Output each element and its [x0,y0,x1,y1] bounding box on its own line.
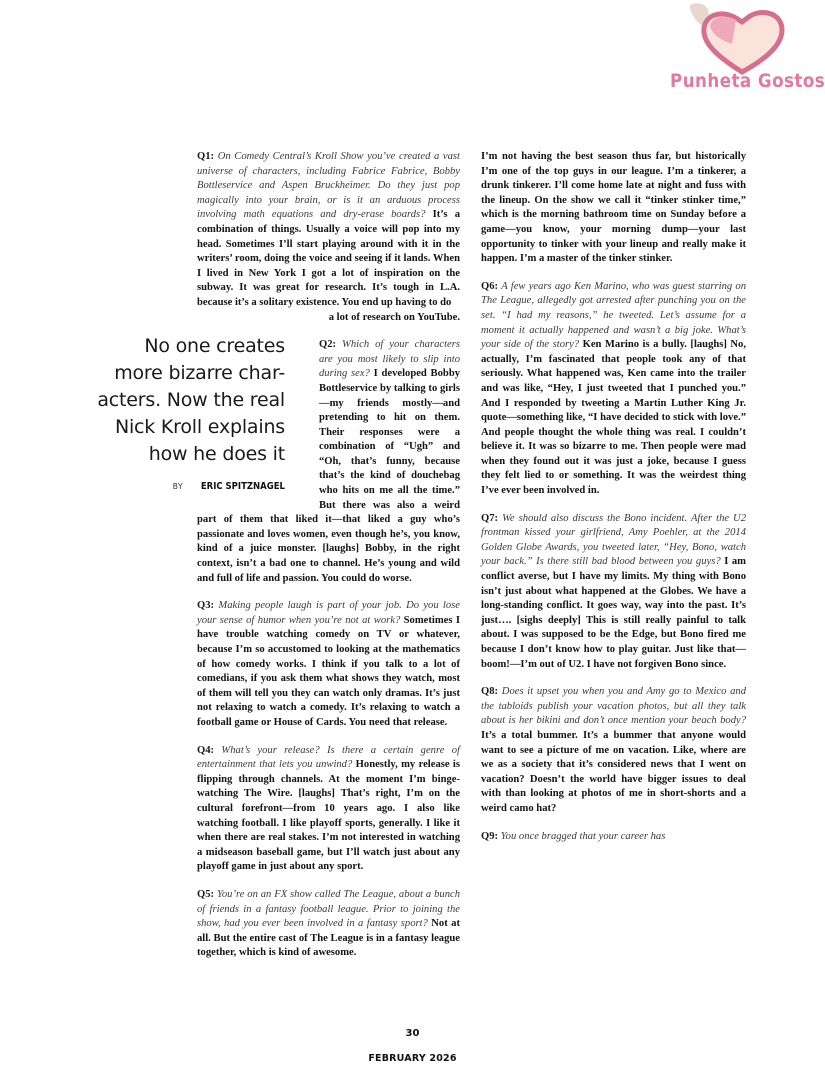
pull-quote-line: acters. Now the real [95,387,285,414]
pull-quote-line: Nick Kroll explains [95,414,285,441]
article-column-left: Q1: On Comedy Central’s Kroll Show you’v… [197,150,460,974]
question-label: Q6: [481,281,498,292]
answer-text: Sometimes I have trouble watching comedy… [197,615,460,728]
question-label: Q7: [481,513,498,524]
question-text: We should also discuss the Bono incident… [481,513,746,568]
answer-text: I am conflict averse, but I have my limi… [481,556,746,669]
byline-author: ERIC SPITZNAGEL [201,481,285,492]
question-label: Q3: [197,600,214,611]
question-text: You once bragged that your career has [501,831,666,842]
answer-text: I’m not having the best season thus far,… [481,151,746,264]
pull-quote-line: how he does it [95,441,285,468]
question-text: Does it upset you when you and Amy go to… [481,686,746,726]
pull-quote: No one creates more bizarre char- acters… [95,333,285,468]
byline-prefix: BY [173,482,183,491]
heart-logo-icon [660,0,825,80]
question-label: Q9: [481,831,498,842]
qa-item-q5: Q5: You’re on an FX show called The Leag… [197,888,460,961]
answer-text: It’s a total bummer. It’s a bummer that … [481,730,746,814]
byline: BYERIC SPITZNAGEL [95,481,285,492]
pull-quote-line: No one creates [95,333,285,360]
qa-item-q4: Q4: What’s your release? Is there a cert… [197,744,460,875]
question-text: On Comedy Central’s Kroll Show you’ve cr… [197,151,460,220]
question-label: Q4: [197,745,214,756]
qa-item-q3: Q3: Making people laugh is part of your … [197,599,460,730]
qa-item-q9: Q9: You once bragged that your career ha… [481,830,746,845]
question-label: Q2: [319,339,336,350]
watermark-logo: Punheta Gostosa [660,0,825,100]
question-label: Q8: [481,686,498,697]
article-column-right: I’m not having the best season thus far,… [481,150,746,857]
answer-text: Honestly, my release is flipping through… [197,759,460,872]
question-text: You’re on an FX show called The League, … [197,889,460,929]
qa-item-q6: Q6: A few years ago Ken Marino, who was … [481,280,746,499]
question-label: Q1: [197,151,214,162]
answer-text: It’s a combination of things. Usually a … [197,209,460,308]
page-number: 30 [0,1028,825,1039]
watermark-text: Punheta Gostosa [670,70,825,92]
qa-item-q5-continued: I’m not having the best season thus far,… [481,150,746,267]
question-label: Q5: [197,889,214,900]
qa-item-q7: Q7: We should also discuss the Bono inci… [481,512,746,673]
qa-item-q1: Q1: On Comedy Central’s Kroll Show you’v… [197,150,460,325]
qa-item-q8: Q8: Does it upset you when you and Amy g… [481,685,746,816]
answer-text-end: a lot of research on YouTube. [197,311,460,326]
issue-date: FEBRUARY 2026 [0,1053,825,1064]
answer-text: Ken Marino is a bully. [laughs] No, actu… [481,339,746,496]
pull-quote-line: more bizarre char- [95,360,285,387]
